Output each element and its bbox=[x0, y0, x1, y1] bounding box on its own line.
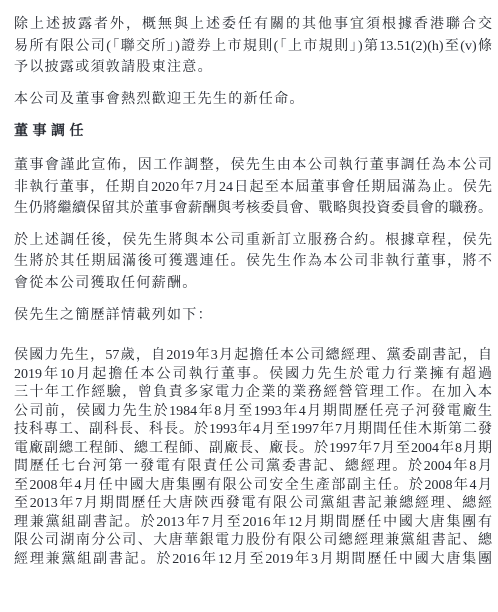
paragraph-redesignation: 董事會謹此宣佈，因工作調整，侯先生由本公司執行董事調任為本公司 非執行董事，任期… bbox=[14, 155, 492, 220]
text-line: 於上述調任後，侯先生將與本公司重新訂立服務合約。根據章程，侯先 bbox=[14, 230, 492, 252]
text-line: 至2008年4月任中國大唐集團有限公司安全生產部副主任。於2008年4月 bbox=[14, 477, 492, 496]
text-line: 2019年10月起擔任本公司執行董事。侯國力先生於電力行業擁有超過 bbox=[14, 366, 492, 385]
text-line: 董事會謹此宣佈，因工作調整，侯先生由本公司執行董事調任為本公司 bbox=[14, 155, 492, 177]
paragraph-service-contract: 於上述調任後，侯先生將與本公司重新訂立服務合約。根據章程，侯先 生將於其任期屆滿… bbox=[14, 230, 492, 295]
paragraph-bio-intro: 侯先生之簡歷詳情載列如下： bbox=[14, 305, 492, 327]
section-heading-director-redesignation: 董事調任 bbox=[14, 121, 492, 143]
text-line: 會從本公司獲取任何薪酬。 bbox=[14, 273, 492, 295]
text-line: 生仍將繼續保留其於董事會薪酬與考核委員會、戰略與投資委員會的職務。 bbox=[14, 198, 492, 220]
paragraph-biography: 侯國力先生，57歲，自2019年3月起擔任本公司總經理、黨委副書記，自 2019… bbox=[14, 347, 492, 569]
text-line: 予以披露或須敦請股東注意。 bbox=[14, 57, 492, 79]
text-line: 非執行董事，任期自2020年7月24日起至本屆董事會任期屆滿為止。侯先 bbox=[14, 177, 492, 199]
text-line: 侯先生之簡歷詳情載列如下： bbox=[14, 305, 492, 327]
text-line: 易所有限公司(「聯交所」)證券上市規則(「上市規則」)第13.51(2)(h)至… bbox=[14, 36, 492, 58]
text-line: 電廠副總工程師、總工程師、副廠長、廠長。於1997年7月至2004年8月期 bbox=[14, 440, 492, 459]
announcement-page: 除上述披露者外，概無與上述委任有關的其他事宜須根據香港聯合交 易所有限公司(「聯… bbox=[0, 0, 498, 612]
text-line: 三十年工作經驗，曾負責多家電力企業的業務經營管理工作。在加入本 bbox=[14, 384, 492, 403]
text-line: 侯國力先生，57歲，自2019年3月起擔任本公司總經理、黨委副書記，自 bbox=[14, 347, 492, 366]
text-line: 公司前，侯國力先生於1984年8月至1993年4月期間歷任亮子河發電廠生 bbox=[14, 403, 492, 422]
text-line: 經理兼黨組副書記。於2016年12月至2019年3月期間歷任中國大唐集團 bbox=[14, 551, 492, 570]
text-line: 間歷任七台河第一發電有限責任公司黨委書記、總經理。於2004年8月 bbox=[14, 458, 492, 477]
text-line: 本公司及董事會熱烈歡迎王先生的新任命。 bbox=[14, 89, 492, 111]
text-line: 限公司湖南分公司、大唐華銀電力股份有限公司總經理兼黨組書記、總 bbox=[14, 532, 492, 551]
text-line: 除上述披露者外，概無與上述委任有關的其他事宜須根據香港聯合交 bbox=[14, 14, 492, 36]
text-line: 至2013年7月期間歷任大唐陝西發電有限公司黨組書記兼總經理、總經 bbox=[14, 495, 492, 514]
text-line: 生將於其任期屆滿後可獲選連任。侯先生作為本公司非執行董事，將不 bbox=[14, 251, 492, 273]
section-heading-text: 董事調任 bbox=[14, 121, 492, 143]
text-line: 理兼黨組副書記。於2013年7月至2016年12月期間歷任中國大唐集團有 bbox=[14, 514, 492, 533]
paragraph-disclosure: 除上述披露者外，概無與上述委任有關的其他事宜須根據香港聯合交 易所有限公司(「聯… bbox=[14, 14, 492, 79]
paragraph-welcome: 本公司及董事會熱烈歡迎王先生的新任命。 bbox=[14, 89, 492, 111]
text-line: 技科專工、副科長、科長。於1993年4月至1997年7月期間任佳木斯第二發 bbox=[14, 421, 492, 440]
